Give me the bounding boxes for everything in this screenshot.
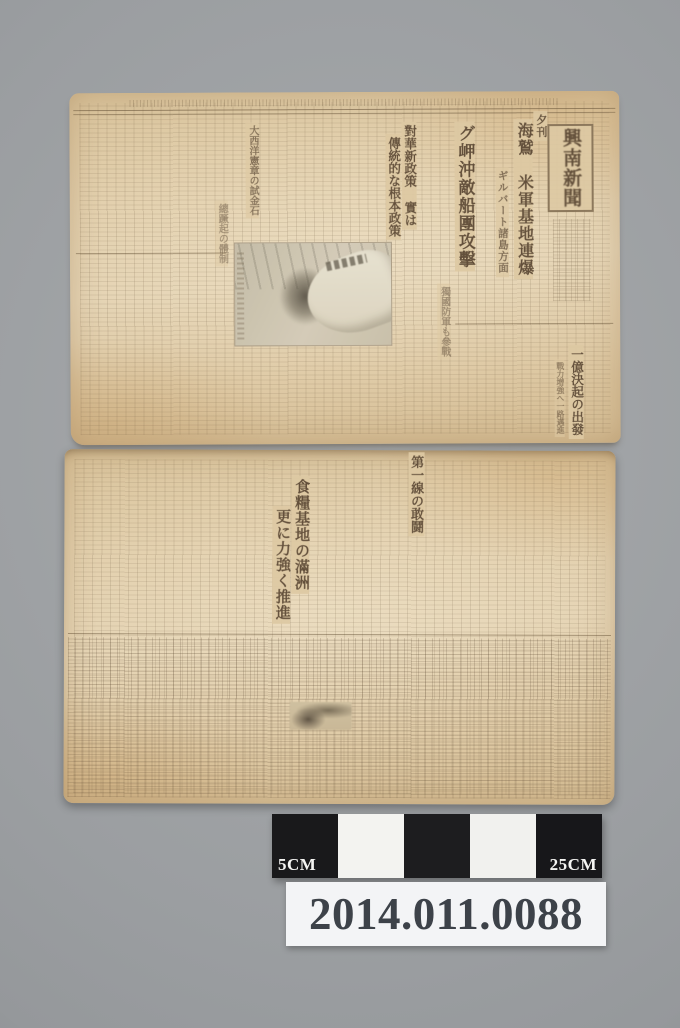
scale-segment-black-2 <box>404 814 470 878</box>
headline-frontline: 第一線の敢鬪 <box>408 452 424 536</box>
scale-label-5cm: 5CM <box>278 855 316 875</box>
headline-manchuria-b: 更に力強く推進 <box>272 506 290 624</box>
masthead-date-texture <box>553 219 591 301</box>
scale-segment-white-1 <box>338 814 404 878</box>
newspaper-bottom-page: 第一線の敢鬪 食糧基地の滿洲 更に力強く推進 <box>63 449 615 805</box>
newspaper-top-page: 夕刊 興南新聞 海鷲 米軍基地連爆 ギルバート諸島方面 グ岬沖敵船團攻擊 對華新… <box>69 91 621 445</box>
headline-china-policy-a: 對華新政策 實は <box>401 122 417 230</box>
scale-segment-white-2 <box>470 814 536 878</box>
headline-left-small: 總蹶起の體制 <box>215 201 228 267</box>
section-rule-left <box>76 253 226 255</box>
headline-manchuria-a: 食糧基地の滿洲 <box>291 476 309 594</box>
headline-german: 獨國防軍も參戰 <box>437 284 450 360</box>
headline-china-policy-b: 傳統的な根本政策 <box>385 134 401 240</box>
section-rule-right <box>455 323 613 325</box>
aircraft-press-photo <box>234 242 392 347</box>
classifieds-rule <box>68 633 611 636</box>
artifact-photo-scene: 夕刊 興南新聞 海鷲 米軍基地連爆 ギルバート諸島方面 グ岬沖敵船團攻擊 對華新… <box>0 0 680 1028</box>
headline-main: 海鷲 米軍基地連爆 <box>513 119 532 279</box>
headline-main-sub: ギルバート諸島方面 <box>496 167 509 277</box>
scale-label-25cm: 25CM <box>550 855 597 875</box>
headline-mobilize: 一億決起の出發 <box>568 345 584 439</box>
masthead-title: 興南新聞 <box>561 128 580 208</box>
accession-label: 2014.011.0088 <box>286 882 606 946</box>
scale-bar: 5CM 25CM <box>272 814 602 878</box>
newspaper-header-meta <box>129 98 559 107</box>
headline-mobilize-sub: 戰力增強へ一路邁進 <box>554 359 565 437</box>
headline-atlantic: 大西洋憲章の試金石 <box>245 122 258 218</box>
headline-second: グ岬沖敵船團攻擊 <box>454 121 474 271</box>
article-illustration <box>290 702 352 730</box>
accession-number: 2014.011.0088 <box>309 888 583 940</box>
photo-caption-strip <box>237 250 244 340</box>
edition-label: 夕刊 <box>533 111 547 141</box>
newspaper-masthead: 興南新聞 <box>547 124 593 212</box>
